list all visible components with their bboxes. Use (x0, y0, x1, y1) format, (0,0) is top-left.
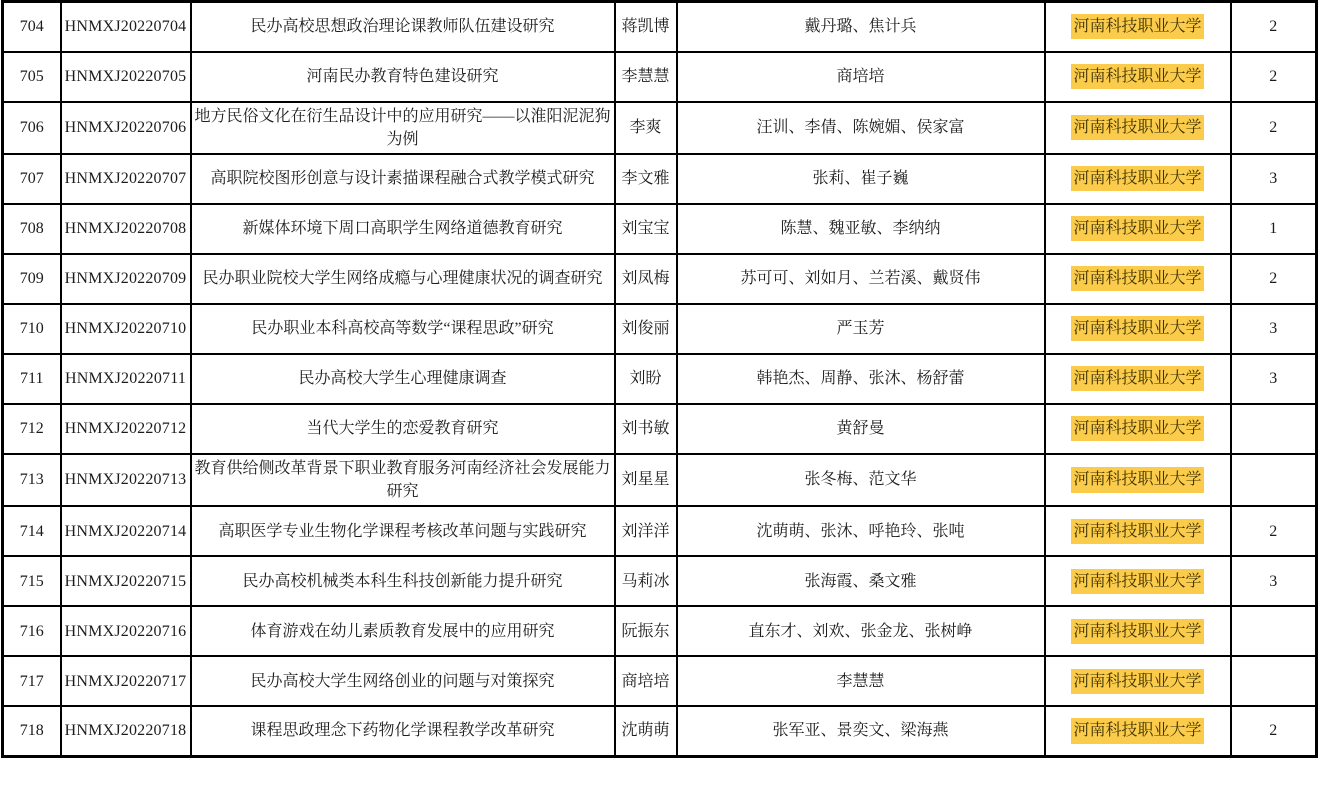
leader-cell: 商培培 (615, 656, 677, 706)
project-title-cell: 民办高校思想政治理论课教师队伍建设研究 (191, 2, 615, 52)
table-row: 705 HNMXJ20220705 河南民办教育特色建设研究 李慧慧 商培培 河… (3, 52, 1317, 102)
leader-cell: 李爽 (615, 102, 677, 154)
table-row: 708 HNMXJ20220708 新媒体环境下周口高职学生网络道德教育研究 刘… (3, 204, 1317, 254)
project-id-cell: HNMXJ20220707 (61, 154, 191, 204)
count-cell (1231, 606, 1317, 656)
members-cell: 陈慧、魏亚敏、李纳纳 (677, 204, 1045, 254)
project-id-cell: HNMXJ20220713 (61, 454, 191, 506)
project-id-cell: HNMXJ20220716 (61, 606, 191, 656)
project-id-cell: HNMXJ20220706 (61, 102, 191, 154)
institution-cell: 河南科技职业大学 (1045, 254, 1231, 304)
institution-highlight: 河南科技职业大学 (1071, 64, 1203, 89)
institution-highlight: 河南科技职业大学 (1071, 366, 1203, 391)
serial-cell: 714 (3, 506, 61, 556)
table-row: 716 HNMXJ20220716 体育游戏在幼儿素质教育发展中的应用研究 阮振… (3, 606, 1317, 656)
project-title-cell: 新媒体环境下周口高职学生网络道德教育研究 (191, 204, 615, 254)
project-title-cell: 当代大学生的恋爱教育研究 (191, 404, 615, 454)
project-id-cell: HNMXJ20220708 (61, 204, 191, 254)
serial-cell: 713 (3, 454, 61, 506)
count-cell: 3 (1231, 154, 1317, 204)
project-id-cell: HNMXJ20220705 (61, 52, 191, 102)
count-cell (1231, 404, 1317, 454)
project-title-cell: 体育游戏在幼儿素质教育发展中的应用研究 (191, 606, 615, 656)
project-id-cell: HNMXJ20220717 (61, 656, 191, 706)
project-title-cell: 民办职业院校大学生网络成瘾与心理健康状况的调查研究 (191, 254, 615, 304)
count-cell: 3 (1231, 556, 1317, 606)
institution-highlight: 河南科技职业大学 (1071, 619, 1203, 644)
project-title-cell: 民办高校机械类本科生科技创新能力提升研究 (191, 556, 615, 606)
institution-highlight: 河南科技职业大学 (1071, 166, 1203, 191)
institution-highlight: 河南科技职业大学 (1071, 416, 1203, 441)
leader-cell: 刘俊丽 (615, 304, 677, 354)
project-title-cell: 课程思政理念下药物化学课程教学改革研究 (191, 706, 615, 756)
table-row: 717 HNMXJ20220717 民办高校大学生网络创业的问题与对策探究 商培… (3, 656, 1317, 706)
institution-cell: 河南科技职业大学 (1045, 102, 1231, 154)
serial-cell: 710 (3, 304, 61, 354)
count-cell (1231, 656, 1317, 706)
table-row: 714 HNMXJ20220714 高职医学专业生物化学课程考核改革问题与实践研… (3, 506, 1317, 556)
serial-cell: 706 (3, 102, 61, 154)
members-cell: 商培培 (677, 52, 1045, 102)
institution-cell: 河南科技职业大学 (1045, 556, 1231, 606)
leader-cell: 马莉冰 (615, 556, 677, 606)
serial-cell: 707 (3, 154, 61, 204)
count-cell: 2 (1231, 52, 1317, 102)
members-cell: 直东才、刘欢、张金龙、张树峥 (677, 606, 1045, 656)
projects-table: 704 HNMXJ20220704 民办高校思想政治理论课教师队伍建设研究 蒋凯… (1, 0, 1318, 758)
table-row: 712 HNMXJ20220712 当代大学生的恋爱教育研究 刘书敏 黄舒曼 河… (3, 404, 1317, 454)
leader-cell: 刘凤梅 (615, 254, 677, 304)
institution-cell: 河南科技职业大学 (1045, 154, 1231, 204)
project-id-cell: HNMXJ20220711 (61, 354, 191, 404)
institution-cell: 河南科技职业大学 (1045, 304, 1231, 354)
institution-highlight: 河南科技职业大学 (1071, 266, 1203, 291)
institution-cell: 河南科技职业大学 (1045, 2, 1231, 52)
serial-cell: 715 (3, 556, 61, 606)
leader-cell: 李慧慧 (615, 52, 677, 102)
table-row: 707 HNMXJ20220707 高职院校图形创意与设计素描课程融合式教学模式… (3, 154, 1317, 204)
table-body: 704 HNMXJ20220704 民办高校思想政治理论课教师队伍建设研究 蒋凯… (3, 2, 1317, 757)
count-cell: 2 (1231, 254, 1317, 304)
count-cell: 3 (1231, 304, 1317, 354)
project-title-cell: 地方民俗文化在衍生品设计中的应用研究——以淮阳泥泥狗为例 (191, 102, 615, 154)
table-row: 715 HNMXJ20220715 民办高校机械类本科生科技创新能力提升研究 马… (3, 556, 1317, 606)
count-cell: 2 (1231, 102, 1317, 154)
project-id-cell: HNMXJ20220712 (61, 404, 191, 454)
table-row: 710 HNMXJ20220710 民办职业本科高校高等数学“课程思政”研究 刘… (3, 304, 1317, 354)
serial-cell: 718 (3, 706, 61, 756)
institution-highlight: 河南科技职业大学 (1071, 14, 1203, 39)
count-cell: 2 (1231, 2, 1317, 52)
table-row: 704 HNMXJ20220704 民办高校思想政治理论课教师队伍建设研究 蒋凯… (3, 2, 1317, 52)
count-cell: 2 (1231, 506, 1317, 556)
project-title-cell: 河南民办教育特色建设研究 (191, 52, 615, 102)
leader-cell: 蒋凯博 (615, 2, 677, 52)
institution-highlight: 河南科技职业大学 (1071, 519, 1203, 544)
project-id-cell: HNMXJ20220710 (61, 304, 191, 354)
institution-highlight: 河南科技职业大学 (1071, 316, 1203, 341)
count-cell: 2 (1231, 706, 1317, 756)
members-cell: 韩艳杰、周静、张沐、杨舒蕾 (677, 354, 1045, 404)
project-title-cell: 高职院校图形创意与设计素描课程融合式教学模式研究 (191, 154, 615, 204)
institution-cell: 河南科技职业大学 (1045, 706, 1231, 756)
project-title-cell: 民办职业本科高校高等数学“课程思政”研究 (191, 304, 615, 354)
institution-cell: 河南科技职业大学 (1045, 354, 1231, 404)
count-cell: 1 (1231, 204, 1317, 254)
serial-cell: 708 (3, 204, 61, 254)
members-cell: 张军亚、景奕文、梁海燕 (677, 706, 1045, 756)
leader-cell: 刘书敏 (615, 404, 677, 454)
institution-highlight: 河南科技职业大学 (1071, 115, 1203, 140)
project-id-cell: HNMXJ20220714 (61, 506, 191, 556)
project-title-cell: 民办高校大学生网络创业的问题与对策探究 (191, 656, 615, 706)
leader-cell: 刘盼 (615, 354, 677, 404)
project-title-cell: 教育供给侧改革背景下职业教育服务河南经济社会发展能力研究 (191, 454, 615, 506)
institution-highlight: 河南科技职业大学 (1071, 569, 1203, 594)
leader-cell: 李文雅 (615, 154, 677, 204)
leader-cell: 阮振东 (615, 606, 677, 656)
institution-highlight: 河南科技职业大学 (1071, 467, 1203, 492)
serial-cell: 709 (3, 254, 61, 304)
institution-highlight: 河南科技职业大学 (1071, 669, 1203, 694)
project-id-cell: HNMXJ20220709 (61, 254, 191, 304)
institution-cell: 河南科技职业大学 (1045, 656, 1231, 706)
serial-cell: 712 (3, 404, 61, 454)
institution-cell: 河南科技职业大学 (1045, 204, 1231, 254)
serial-cell: 704 (3, 2, 61, 52)
members-cell: 张莉、崔子巍 (677, 154, 1045, 204)
table-row: 711 HNMXJ20220711 民办高校大学生心理健康调查 刘盼 韩艳杰、周… (3, 354, 1317, 404)
serial-cell: 716 (3, 606, 61, 656)
serial-cell: 711 (3, 354, 61, 404)
members-cell: 汪训、李倩、陈婉媚、侯家富 (677, 102, 1045, 154)
members-cell: 黄舒曼 (677, 404, 1045, 454)
table-row: 706 HNMXJ20220706 地方民俗文化在衍生品设计中的应用研究——以淮… (3, 102, 1317, 154)
institution-cell: 河南科技职业大学 (1045, 404, 1231, 454)
members-cell: 沈萌萌、张沐、呼艳玲、张吨 (677, 506, 1045, 556)
members-cell: 苏可可、刘如月、兰若溪、戴贤伟 (677, 254, 1045, 304)
members-cell: 张海霞、桑文雅 (677, 556, 1045, 606)
institution-highlight: 河南科技职业大学 (1071, 718, 1203, 743)
project-id-cell: HNMXJ20220715 (61, 556, 191, 606)
count-cell (1231, 454, 1317, 506)
count-cell: 3 (1231, 354, 1317, 404)
institution-cell: 河南科技职业大学 (1045, 454, 1231, 506)
project-title-cell: 高职医学专业生物化学课程考核改革问题与实践研究 (191, 506, 615, 556)
project-id-cell: HNMXJ20220704 (61, 2, 191, 52)
members-cell: 严玉芳 (677, 304, 1045, 354)
project-title-cell: 民办高校大学生心理健康调查 (191, 354, 615, 404)
leader-cell: 刘宝宝 (615, 204, 677, 254)
institution-highlight: 河南科技职业大学 (1071, 216, 1203, 241)
project-id-cell: HNMXJ20220718 (61, 706, 191, 756)
leader-cell: 刘洋洋 (615, 506, 677, 556)
serial-cell: 717 (3, 656, 61, 706)
table-row: 709 HNMXJ20220709 民办职业院校大学生网络成瘾与心理健康状况的调… (3, 254, 1317, 304)
serial-cell: 705 (3, 52, 61, 102)
leader-cell: 沈萌萌 (615, 706, 677, 756)
institution-cell: 河南科技职业大学 (1045, 52, 1231, 102)
institution-cell: 河南科技职业大学 (1045, 606, 1231, 656)
members-cell: 戴丹璐、焦计兵 (677, 2, 1045, 52)
table-row: 718 HNMXJ20220718 课程思政理念下药物化学课程教学改革研究 沈萌… (3, 706, 1317, 756)
members-cell: 李慧慧 (677, 656, 1045, 706)
members-cell: 张冬梅、范文华 (677, 454, 1045, 506)
leader-cell: 刘星星 (615, 454, 677, 506)
table-row: 713 HNMXJ20220713 教育供给侧改革背景下职业教育服务河南经济社会… (3, 454, 1317, 506)
institution-cell: 河南科技职业大学 (1045, 506, 1231, 556)
